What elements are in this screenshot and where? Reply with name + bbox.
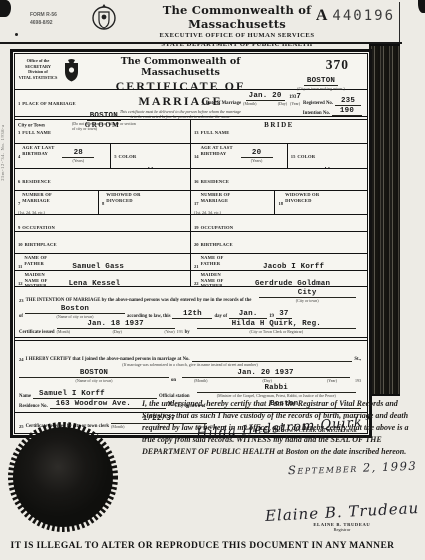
embossed-seal — [3, 420, 123, 539]
officiant-name-value: Samuel I Korff — [33, 390, 157, 399]
field-groom-full-name: 3FULL NAME GROOM Max H Gass — [15, 120, 191, 143]
state-seal-icon — [92, 4, 116, 39]
return-number-block: 370 BOSTON (City or town making return.) — [277, 56, 365, 91]
registrar-signature-block: Elaine B. Trudeau ELAINE B. TRUDEAU Regi… — [265, 503, 419, 532]
certificate-header: Office of the SECRETARY Division of VITA… — [15, 54, 367, 90]
serial-box-rule — [399, 2, 401, 43]
registered-no-value: 235 — [335, 97, 361, 106]
groom-color-value: W — [114, 167, 187, 168]
field-bride-mother: 22MAIDEN NAME OF MOTHER Gerdrude Goldman — [191, 271, 367, 286]
occupation-row: 9OCCUPATION Foreman (Shoe factory) 19OCC… — [15, 215, 367, 232]
field-bride-number-of-marriage: 17NUMBER OF MARRIAGE (1st, 2d, 3d, etc.)… — [191, 191, 275, 214]
intention-year-value: 37 — [276, 310, 292, 319]
intention-record-value: City — [259, 289, 356, 298]
scan-artifact — [15, 33, 18, 36]
field-bride-age: 14AGE AT LAST BIRTHDAY 20(Years) — [191, 144, 288, 168]
field-groom-widowed-divorced: 8WIDOWED OR DIVORCED Single — [99, 191, 190, 214]
field-bride-full-name: 13FULL NAME BRIDE Adele Korff (Also maid… — [191, 120, 367, 143]
return-city: BOSTON — [304, 77, 338, 86]
field-date-of-marriage: 2Date of Marriage Jan. 20 (Month)(Day) 1… — [201, 92, 364, 115]
scanned-certificate-page: 25m-12-'34. No. 1938-a FORM R-56 4698-8/… — [0, 0, 425, 560]
field-groom-age: 4AGE AT LAST BIRTHDAY 28(Years) — [15, 144, 111, 168]
header-divider — [0, 42, 402, 44]
groom-mother-value: Lena Kessel — [69, 280, 121, 286]
field-groom-number-of-marriage: 7NUMBER OF MARRIAGE (1st, 2d, 3d, etc.) … — [15, 191, 99, 214]
marriage-date-value: Jan. 20 — [246, 92, 285, 101]
intention-registrar-value: Hilda H Quirk, Reg. — [197, 320, 356, 329]
street-number-blank — [192, 343, 353, 362]
section-intention-of-marriage: 23 THE INTENTION OF MARRIAGE by the abov… — [15, 287, 367, 337]
scan-artifact — [418, 0, 425, 13]
field-groom-birthplace: 10BIRTHPLACE Chelsea, Mass. (City or tow… — [15, 232, 191, 253]
field-bride-residence: 16RESIDENCE 163 Woodrow Ave. — [191, 169, 367, 190]
field-bride-occupation: 19OCCUPATION ------ — [191, 215, 367, 231]
document-serial-number: A440196 — [316, 7, 395, 25]
commonwealth-title: The Commonwealth of Massachusetts — [84, 56, 277, 78]
print-batch-note: 25m-12-'34. No. 1938-a — [0, 124, 5, 181]
certificate-number: 370 — [277, 57, 365, 73]
handwritten-date: September 2, 1993 — [288, 459, 418, 478]
field-groom-mother: 12MAIDEN NAME OF MOTHER Lena Kessel — [15, 271, 191, 286]
dept-line: EXECUTIVE OFFICE OF HUMAN SERVICES — [118, 31, 356, 40]
mother-row: 12MAIDEN NAME OF MOTHER Lena Kessel 22MA… — [15, 271, 367, 287]
groom-column-header: GROOM — [15, 121, 190, 129]
solemnized-date-value: Jan. 20 1937 — [182, 369, 350, 378]
marriage-number-row: 7NUMBER OF MARRIAGE (1st, 2d, 3d, etc.) … — [15, 191, 367, 215]
field-groom-occupation: 9OCCUPATION Foreman (Shoe factory) — [15, 215, 191, 231]
certificate-issued-date: Jan. 18 1937 — [57, 320, 175, 329]
form-number: FORM R-56 4698-8/92 — [30, 12, 57, 27]
bride-age-value: 20 — [241, 149, 273, 158]
father-row: 11NAME OF FATHER Samuel Gass 21NAME OF F… — [15, 254, 367, 271]
bride-father-value: Jacob I Korff — [249, 263, 339, 270]
field-bride-birthplace: 20BIRTHPLACE Russia (City or town)(State… — [191, 232, 367, 253]
place-and-date-row: 1PLACE OF MARRIAGE City or Town BOSTON (… — [15, 90, 367, 120]
bride-color-value: W — [291, 167, 364, 168]
intention-month-value: Jan. — [229, 310, 267, 319]
field-groom-residence: 6RESIDENCE Chelsea, Mass. — [15, 169, 191, 190]
full-name-row: 3FULL NAME GROOM Max H Gass 13FULL NAME … — [15, 120, 367, 144]
field-bride-widowed-divorced: 18WIDOWED OR DIVORCED Single — [275, 191, 367, 214]
groom-father-value: Samuel Gass — [72, 263, 124, 270]
bride-mother-value: Gerdrude Goldman — [245, 280, 341, 286]
issuing-office: Office of the SECRETARY Division of VITA… — [17, 56, 59, 80]
field-bride-color: 15COLOR W — [288, 144, 367, 168]
record-book-binding-edge — [369, 44, 400, 396]
intention-day-value: 12th — [172, 310, 212, 319]
field-bride-father: 21NAME OF FATHER Jacob I Korff — [191, 254, 367, 270]
intention-town-value: Boston — [25, 305, 125, 314]
scan-artifact — [0, 0, 11, 17]
bride-column-header: BRIDE — [191, 121, 367, 129]
registrar-title: Registrar — [265, 527, 419, 532]
birthplace-row: 10BIRTHPLACE Chelsea, Mass. (City or tow… — [15, 232, 367, 254]
age-color-row: 4AGE AT LAST BIRTHDAY 28(Years) 5COLOR W… — [15, 144, 367, 169]
field-place-of-marriage: 1PLACE OF MARRIAGE City or Town BOSTON (… — [18, 92, 201, 115]
residence-row: 6RESIDENCE Chelsea, Mass. 16RESIDENCE 16… — [15, 169, 367, 191]
groom-age-value: 28 — [62, 149, 94, 158]
officiant-station-value: Rabbi — [197, 384, 356, 393]
solemnized-city-value: BOSTON — [19, 369, 169, 378]
certificate-of-marriage: Office of the SECRETARY Division of VITA… — [10, 49, 372, 438]
anti-fraud-warning: IT IS ILLEGAL TO ALTER OR REPRODUCE THIS… — [0, 541, 405, 551]
field-groom-color: 5COLOR W — [111, 144, 190, 168]
intention-no-value: 190 — [332, 107, 362, 116]
field-groom-father: 11NAME OF FATHER Samuel Gass — [15, 254, 191, 270]
certificate-seal-icon — [59, 56, 84, 89]
